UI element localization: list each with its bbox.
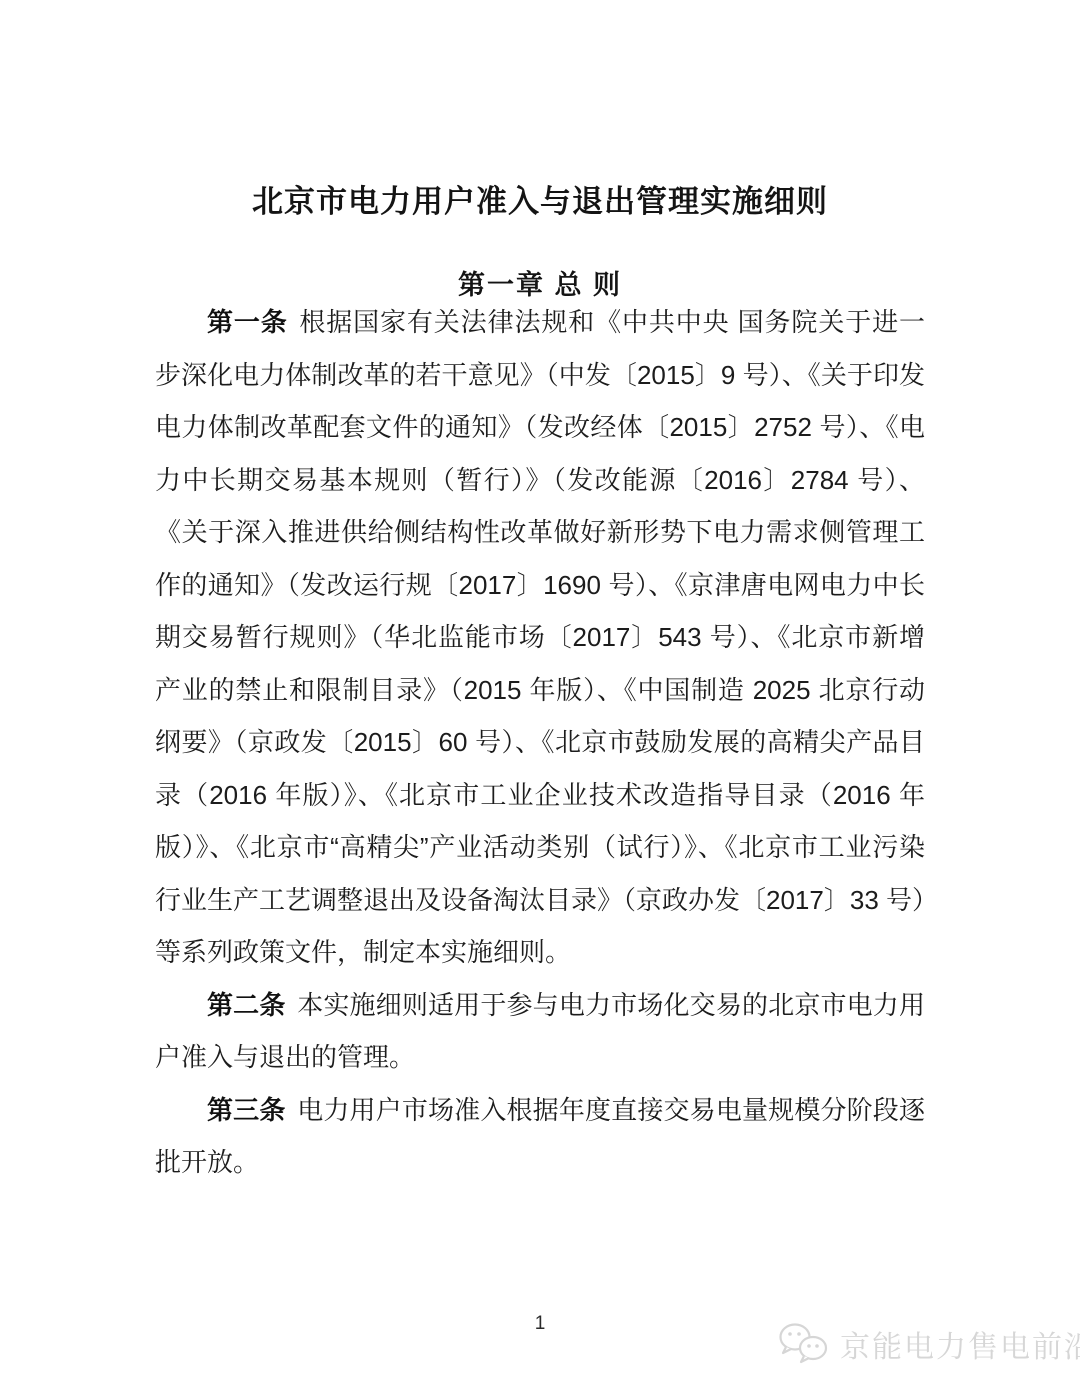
- article-3-label: 第三条: [207, 1095, 286, 1125]
- article-1-text: 根据国家有关法律法规和《中共中央 国务院关于进一步深化电力体制改革的若干意见》（…: [155, 307, 925, 967]
- article-paragraph-3: 第三条电力用户市场准入根据年度直接交易电量规模分阶段逐批开放。: [155, 1084, 925, 1189]
- article-paragraph-1: 第一条根据国家有关法律法规和《中共中央 国务院关于进一步深化电力体制改革的若干意…: [155, 296, 925, 979]
- article-1-label: 第一条: [207, 307, 288, 337]
- document-title: 北京市电力用户准入与退出管理实施细则: [0, 176, 1080, 221]
- watermark: 京能电力售电前沿: [778, 1322, 1080, 1366]
- document-body: 第一条根据国家有关法律法规和《中共中央 国务院关于进一步深化电力体制改革的若干意…: [155, 296, 925, 1189]
- article-paragraph-2: 第二条本实施细则适用于参与电力市场化交易的北京市电力用户准入与退出的管理。: [155, 979, 925, 1084]
- document-page: 北京市电力用户准入与退出管理实施细则 第一章 总 则 第一条根据国家有关法律法规…: [0, 0, 1080, 1397]
- watermark-label: 京能电力售电前沿: [840, 1322, 1080, 1366]
- article-2-label: 第二条: [207, 990, 286, 1020]
- wechat-icon: [778, 1322, 830, 1366]
